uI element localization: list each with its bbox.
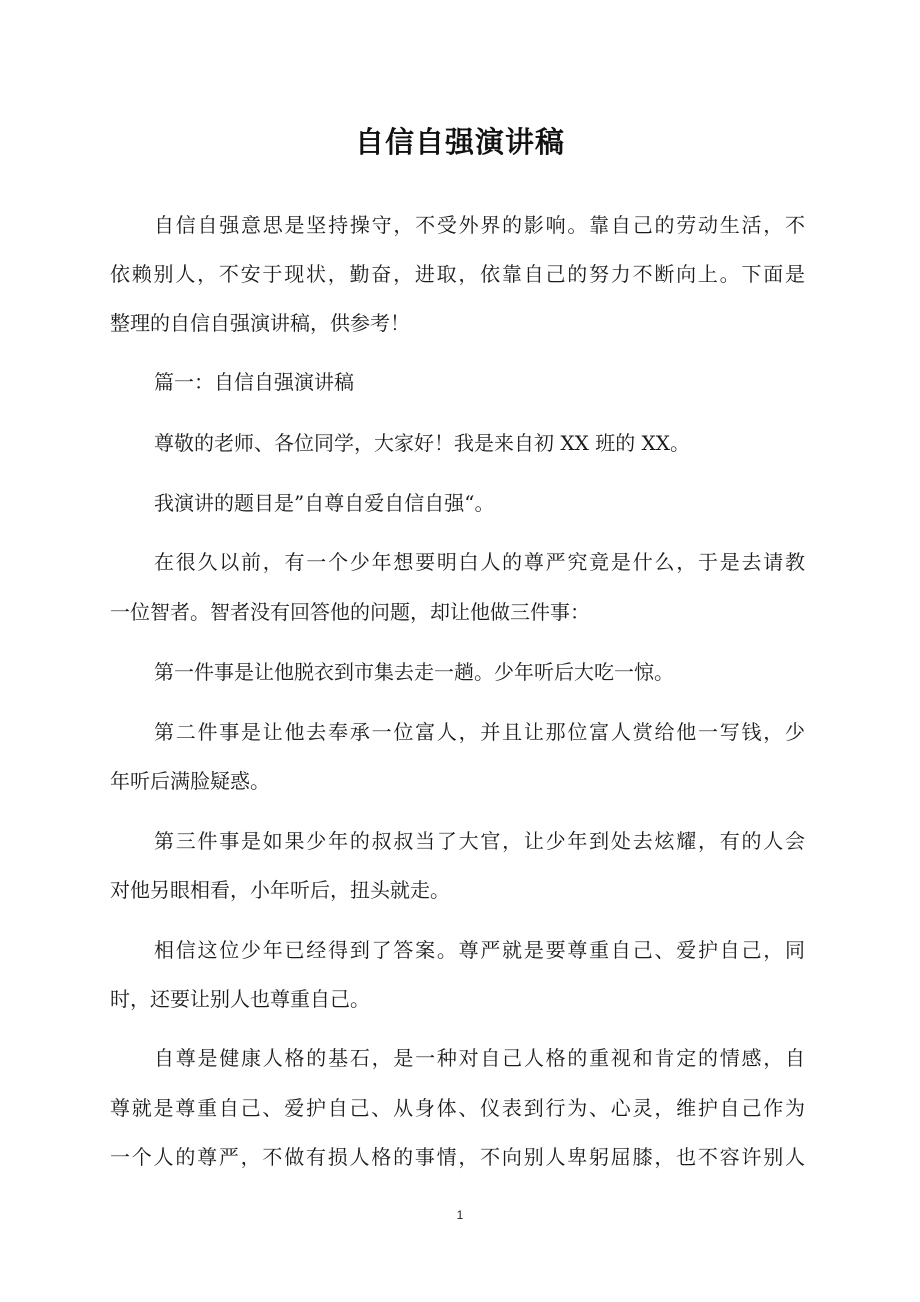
- paragraph-line: 依赖别人，不安于现状，勤奋，进取，依靠自己的努力不断向上。下面是: [110, 259, 805, 289]
- paragraph-line: 第一件事是让他脱衣到市集去走一趟。少年听后大吃一惊。: [154, 657, 805, 687]
- document-page: 自信自强演讲稿 自信自强意思是坚持操守，不受外界的影响。靠自己的劳动生活，不 依…: [0, 0, 920, 1302]
- paragraph-line: 一位智者。智者没有回答他的问题，却让他做三件事：: [110, 597, 805, 627]
- paragraph-line: 在很久以前，有一个少年想要明白人的尊严究竟是什么，于是去请教: [154, 547, 805, 577]
- paragraph-line: 第二件事是让他去奉承一位富人，并且让那位富人赏给他一写钱，少: [154, 717, 805, 747]
- document-title: 自信自强演讲稿: [0, 120, 920, 164]
- paragraph-line: 自信自强意思是坚持操守，不受外界的影响。靠自己的劳动生活，不: [154, 210, 805, 240]
- paragraph-line: 第三件事是如果少年的叔叔当了大官，让少年到处去炫耀，有的人会: [154, 826, 805, 856]
- paragraph-line: 自尊是健康人格的基石，是一种对自己人格的重视和肯定的情感，自: [154, 1043, 805, 1073]
- paragraph-line: 尊敬的老师、各位同学，大家好！我是来自初 XX 班的 XX。: [154, 428, 805, 458]
- paragraph-line: 年听后满脸疑惑。: [110, 766, 805, 796]
- paragraph-line: 对他另眼相看，小年听后，扭头就走。: [110, 875, 805, 905]
- page-number: 1: [0, 1207, 920, 1223]
- paragraph-line: 尊就是尊重自己、爱护自己、从身体、仪表到行为、心灵，维护自己作为: [110, 1093, 805, 1123]
- paragraph-line: 一个人的尊严，不做有损人格的事情，不向别人卑躬屈膝，也不容许别人: [110, 1142, 805, 1172]
- paragraph-line: 相信这位少年已经得到了答案。尊严就是要尊重自己、爱护自己，同: [154, 935, 805, 965]
- paragraph-line: 时，还要让别人也尊重自己。: [110, 984, 805, 1014]
- paragraph-line: 我演讲的题目是”自尊自爱自信自强“。: [154, 488, 805, 518]
- paragraph-line: 整理的自信自强演讲稿，供参考！: [110, 308, 805, 338]
- paragraph-line: 篇一：自信自强演讲稿: [154, 367, 805, 397]
